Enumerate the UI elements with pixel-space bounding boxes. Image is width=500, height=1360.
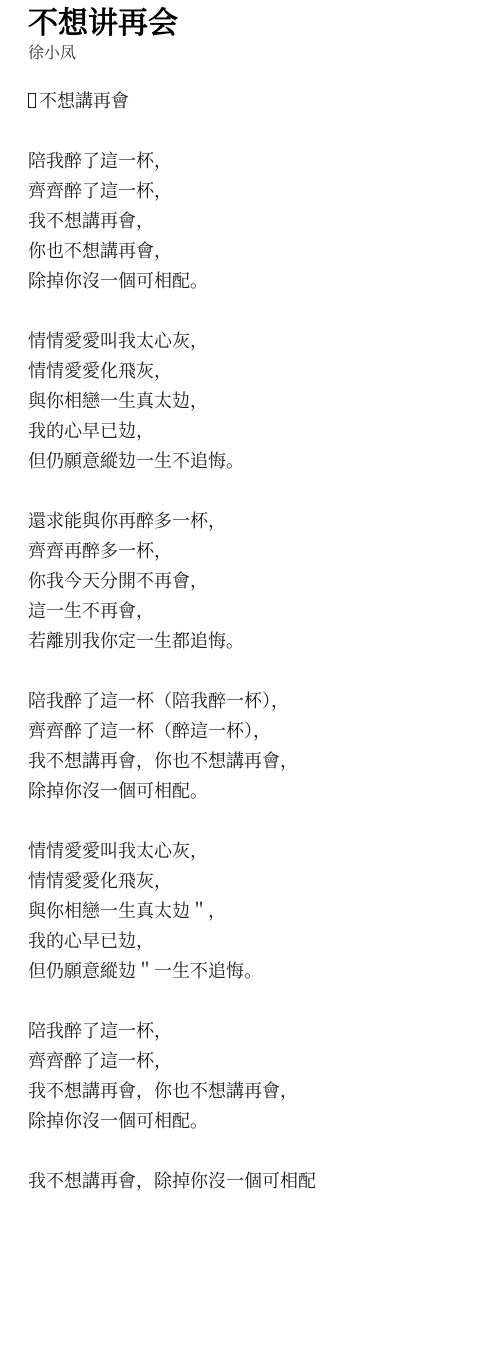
lyric-line: 但仍願意縱攰一生不追悔。 [28, 446, 482, 476]
lyric-line: 我不想講再會，你也不想講再會， [28, 746, 482, 776]
lyric-line: 與你相戀一生真太攰＂， [28, 896, 482, 926]
lyric-line: 情情愛愛叫我太心灰， [28, 836, 482, 866]
stanza: 我不想講再會，除掉你沒一個可相配 [28, 1166, 482, 1196]
lyric-line: 陪我醉了這一杯（陪我醉一杯）， [28, 686, 482, 716]
lyrics-page: 不想讲再会 徐小凤 不想講再會 陪我醉了這一杯，齊齊醉了這一杯，我不想講再會，你… [0, 0, 500, 1196]
lyric-line: 我不想講再會，你也不想講再會， [28, 1076, 482, 1106]
lyric-line: 我不想講再會，除掉你沒一個可相配 [28, 1166, 482, 1196]
lyric-line: 陪我醉了這一杯， [28, 1016, 482, 1046]
missing-glyph-icon [28, 93, 36, 108]
lyric-line: 除掉你沒一個可相配。 [28, 1106, 482, 1136]
lyric-line: 陪我醉了這一杯， [28, 146, 482, 176]
lyric-line: 情情愛愛化飛灰， [28, 866, 482, 896]
stanza: 陪我醉了這一杯，齊齊醉了這一杯，我不想講再會，你也不想講再會，除掉你沒一個可相配… [28, 1016, 482, 1136]
intro-line: 不想講再會 [28, 86, 482, 116]
artist-name: 徐小凤 [28, 42, 482, 64]
stanza: 陪我醉了這一杯，齊齊醉了這一杯，我不想講再會，你也不想講再會，除掉你沒一個可相配… [28, 146, 482, 296]
lyric-line: 齊齊再醉多一杯， [28, 536, 482, 566]
lyric-line: 我不想講再會， [28, 206, 482, 236]
lyric-line: 情情愛愛化飛灰， [28, 356, 482, 386]
stanza: 情情愛愛叫我太心灰，情情愛愛化飛灰，與你相戀一生真太攰，我的心早已攰，但仍願意縱… [28, 326, 482, 476]
lyric-line: 這一生不再會， [28, 596, 482, 626]
lyric-line: 若離別我你定一生都追悔。 [28, 626, 482, 656]
lyric-line: 我的心早已攰， [28, 416, 482, 446]
lyric-line: 齊齊醉了這一杯（醉這一杯）， [28, 716, 482, 746]
lyrics-stanzas: 陪我醉了這一杯，齊齊醉了這一杯，我不想講再會，你也不想講再會，除掉你沒一個可相配… [28, 146, 482, 1196]
lyric-line: 情情愛愛叫我太心灰， [28, 326, 482, 356]
lyric-line: 還求能與你再醉多一杯， [28, 506, 482, 536]
lyric-line: 除掉你沒一個可相配。 [28, 266, 482, 296]
lyric-line: 我的心早已攰， [28, 926, 482, 956]
lyric-line: 齊齊醉了這一杯， [28, 176, 482, 206]
lyric-line: 與你相戀一生真太攰， [28, 386, 482, 416]
lyric-line: 但仍願意縱攰＂一生不追悔。 [28, 956, 482, 986]
stanza: 情情愛愛叫我太心灰，情情愛愛化飛灰，與你相戀一生真太攰＂，我的心早已攰，但仍願意… [28, 836, 482, 986]
page-title: 不想讲再会 [28, 6, 482, 42]
stanza: 陪我醉了這一杯（陪我醉一杯），齊齊醉了這一杯（醉這一杯），我不想講再會，你也不想… [28, 686, 482, 806]
lyric-line: 除掉你沒一個可相配。 [28, 776, 482, 806]
lyric-line: 你也不想講再會， [28, 236, 482, 266]
lyric-line: 你我今天分開不再會， [28, 566, 482, 596]
stanza: 還求能與你再醉多一杯，齊齊再醉多一杯，你我今天分開不再會，這一生不再會，若離別我… [28, 506, 482, 656]
intro-line-text: 不想講再會 [39, 91, 129, 111]
lyric-line: 齊齊醉了這一杯， [28, 1046, 482, 1076]
